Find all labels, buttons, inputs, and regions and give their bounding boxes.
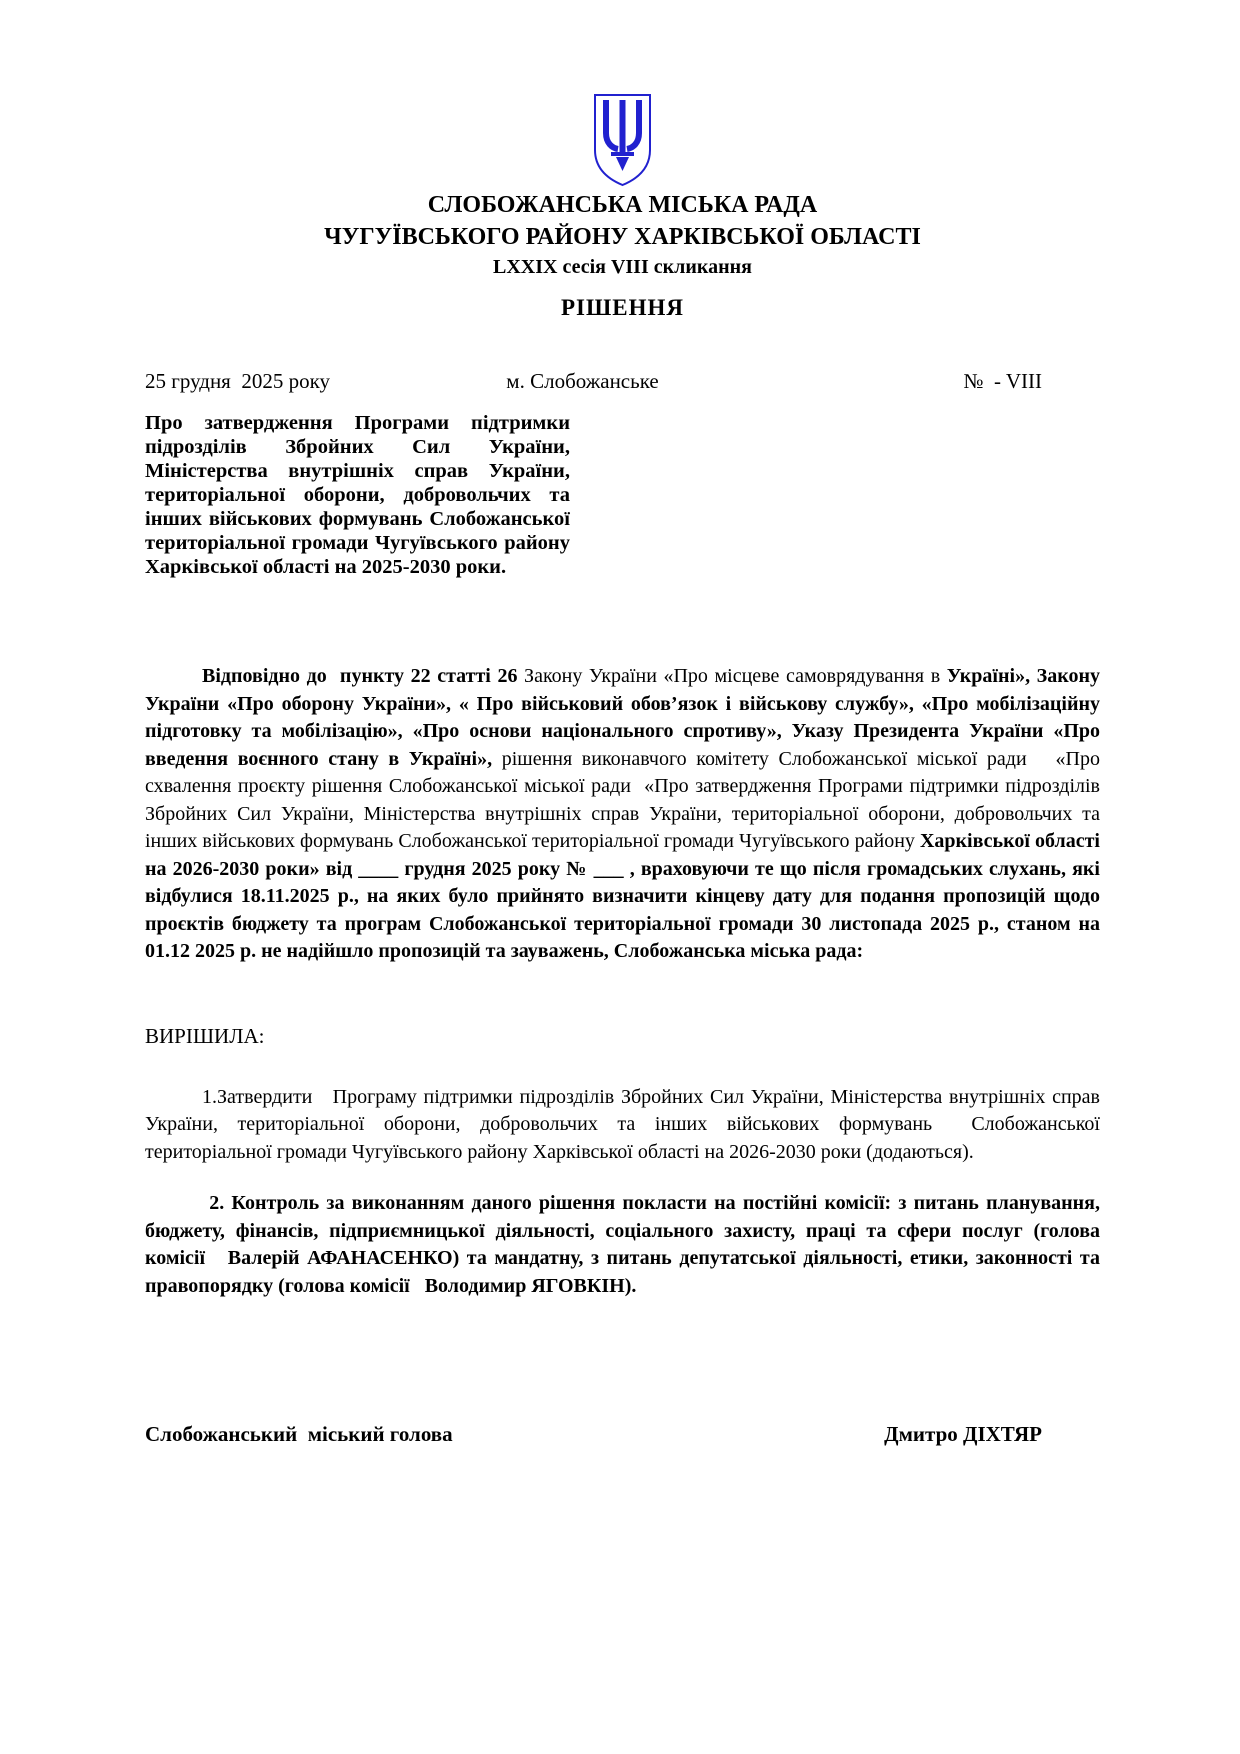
resolution-label: ВИРІШИЛА:	[145, 1022, 1100, 1050]
document-page: СЛОБОЖАНСЬКА МІСЬКА РАДА ЧУГУЇВСЬКОГО РА…	[0, 0, 1240, 1754]
signature-title: Слобожанський міський голова	[145, 1420, 453, 1448]
header-region: ЧУГУЇВСЬКОГО РАЙОНУ ХАРКІВСЬКОЇ ОБЛАСТІ	[145, 221, 1100, 253]
doc-place: м. Слобожанське	[506, 367, 658, 395]
resolution-item-2: 2. Контроль за виконанням даного рішення…	[145, 1190, 1100, 1300]
emblem-container	[591, 93, 655, 187]
doc-number: № - VIII	[699, 367, 1100, 395]
signature-name: Дмитро ДІХТЯР	[884, 1420, 1100, 1448]
ukraine-trident-icon	[591, 93, 654, 187]
preamble-paragraph: Відповідно до пункту 22 статті 26 Закону…	[145, 663, 1100, 966]
signature-row: Слобожанський міський голова Дмитро ДІХТ…	[145, 1420, 1100, 1448]
header-session: LXXIX сесія VIII скликання	[145, 254, 1100, 281]
meta-row: 25 грудня 2025 року м. Слобожанське № - …	[145, 367, 1100, 395]
resolution-item-1: 1.Затвердити Програму підтримки підрозді…	[145, 1084, 1100, 1167]
doc-type-title: РІШЕННЯ	[145, 293, 1100, 323]
subject-paragraph: Про затвердження Програми підтримки підр…	[145, 411, 570, 579]
header-org-name: СЛОБОЖАНСЬКА МІСЬКА РАДА	[145, 189, 1100, 221]
doc-date: 25 грудня 2025 року	[145, 367, 546, 395]
